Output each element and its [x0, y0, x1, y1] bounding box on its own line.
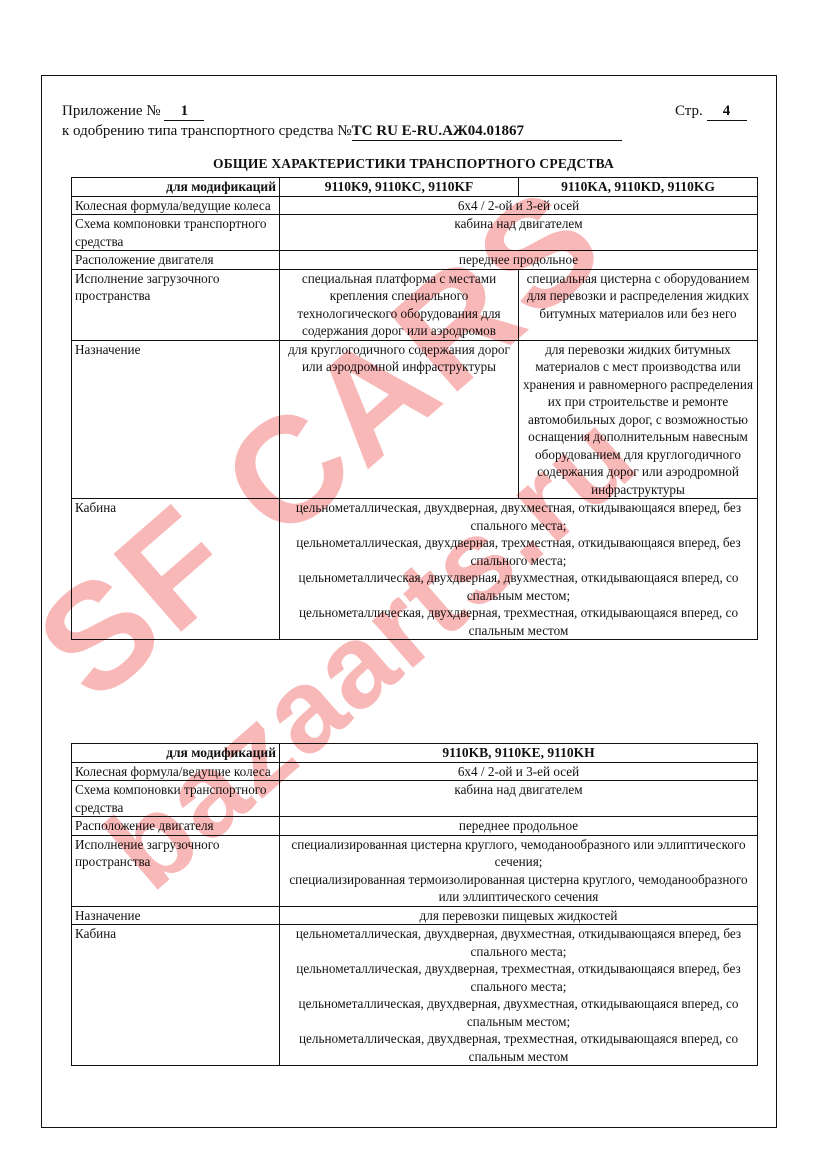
table-row: Исполнение загрузочного пространстваспец… — [72, 269, 758, 340]
cell-value: цельнометаллическая, двухдверная, двухме… — [280, 925, 758, 1066]
page-number-line: Стр. 4 — [675, 102, 747, 121]
header-label: для модификаций — [72, 178, 280, 197]
cell-value: для перевозки пищевых жидкостей — [280, 906, 758, 925]
appendix-label: Приложение № — [62, 103, 161, 119]
value-line: цельнометаллическая, двухдверная, трехме… — [283, 534, 754, 569]
row-label: Исполнение загрузочного пространства — [72, 835, 280, 906]
header-modifications-1: 9110K9, 9110KC, 9110KF — [280, 178, 519, 197]
value-line: специализированная термоизолированная ци… — [283, 871, 754, 906]
value-line: цельнометаллическая, двухдверная, двухме… — [283, 569, 754, 604]
page-number: 4 — [707, 102, 747, 121]
approval-number: ТС RU E-RU.АЖ04.01867 — [352, 122, 622, 141]
table-row: Схема компоновки транспортного средствак… — [72, 781, 758, 817]
cell-value: 6х4 / 2-ой и 3-ей осей — [280, 196, 758, 215]
cell-value: кабина над двигателем — [280, 781, 758, 817]
table-row: Схема компоновки транспортного средствак… — [72, 215, 758, 251]
row-label: Расположение двигателя — [72, 817, 280, 836]
cell-value-1: для круглогодичного содержания дорог или… — [280, 340, 519, 499]
header-label: для модификаций — [72, 744, 280, 763]
cell-value: цельнометаллическая, двухдверная, двухме… — [280, 499, 758, 640]
table-row: Назначениедля перевозки пищевых жидкосте… — [72, 906, 758, 925]
row-label: Назначение — [72, 906, 280, 925]
cell-value: переднее продольное — [280, 817, 758, 836]
spec-table-1: для модификаций9110K9, 9110KC, 9110KF911… — [71, 177, 758, 640]
row-label: Назначение — [72, 340, 280, 499]
cell-value: кабина над двигателем — [280, 215, 758, 251]
document-title: ОБЩИЕ ХАРАКТЕРИСТИКИ ТРАНСПОРТНОГО СРЕДС… — [0, 156, 827, 172]
table-row: Колесная формула/ведущие колеса6х4 / 2-о… — [72, 762, 758, 781]
table-row: Кабинацельнометаллическая, двухдверная, … — [72, 925, 758, 1066]
approval-line: к одобрению типа транспортного средства … — [62, 122, 622, 141]
value-line: цельнометаллическая, двухдверная, трехме… — [283, 604, 754, 639]
value-line: специализированная цистерна круглого, че… — [283, 836, 754, 871]
cell-value: переднее продольное — [280, 251, 758, 270]
row-label: Колесная формула/ведущие колеса — [72, 762, 280, 781]
value-line: цельнометаллическая, двухдверная, двухме… — [283, 499, 754, 534]
value-line: цельнометаллическая, двухдверная, трехме… — [283, 1030, 754, 1065]
page-label: Стр. — [675, 103, 703, 119]
header-modifications-1: 9110KB, 9110KE, 9110KH — [280, 744, 758, 763]
spec-table-2: для модификаций9110KB, 9110KE, 9110KHКол… — [71, 743, 758, 1066]
cell-value-2: для перевозки жидких битумных материалов… — [519, 340, 758, 499]
value-line: цельнометаллическая, двухдверная, трехме… — [283, 960, 754, 995]
row-label: Исполнение загрузочного пространства — [72, 269, 280, 340]
table-row: Расположение двигателяпереднее продольно… — [72, 817, 758, 836]
row-label: Кабина — [72, 925, 280, 1066]
row-label: Схема компоновки транспортного средства — [72, 781, 280, 817]
cell-value-1: специальная платформа с местами креплени… — [280, 269, 519, 340]
appendix-line: Приложение № 1 — [62, 102, 204, 121]
table-header-row: для модификаций9110KB, 9110KE, 9110KH — [72, 744, 758, 763]
value-line: цельнометаллическая, двухдверная, двухме… — [283, 925, 754, 960]
row-label: Колесная формула/ведущие колеса — [72, 196, 280, 215]
table-row: Кабинацельнометаллическая, двухдверная, … — [72, 499, 758, 640]
approval-label: к одобрению типа транспортного средства … — [62, 123, 352, 139]
value-line: цельнометаллическая, двухдверная, двухме… — [283, 995, 754, 1030]
cell-value: специализированная цистерна круглого, че… — [280, 835, 758, 906]
appendix-number: 1 — [164, 102, 204, 121]
cell-value-2: специальная цистерна с оборудованием для… — [519, 269, 758, 340]
cell-value: 6х4 / 2-ой и 3-ей осей — [280, 762, 758, 781]
table-row: Исполнение загрузочного пространстваспец… — [72, 835, 758, 906]
row-label: Схема компоновки транспортного средства — [72, 215, 280, 251]
header-modifications-2: 9110KA, 9110KD, 9110KG — [519, 178, 758, 197]
table-row: Колесная формула/ведущие колеса6х4 / 2-о… — [72, 196, 758, 215]
table-row: Назначениедля круглогодичного содержания… — [72, 340, 758, 499]
row-label: Расположение двигателя — [72, 251, 280, 270]
table-header-row: для модификаций9110K9, 9110KC, 9110KF911… — [72, 178, 758, 197]
table-row: Расположение двигателяпереднее продольно… — [72, 251, 758, 270]
row-label: Кабина — [72, 499, 280, 640]
